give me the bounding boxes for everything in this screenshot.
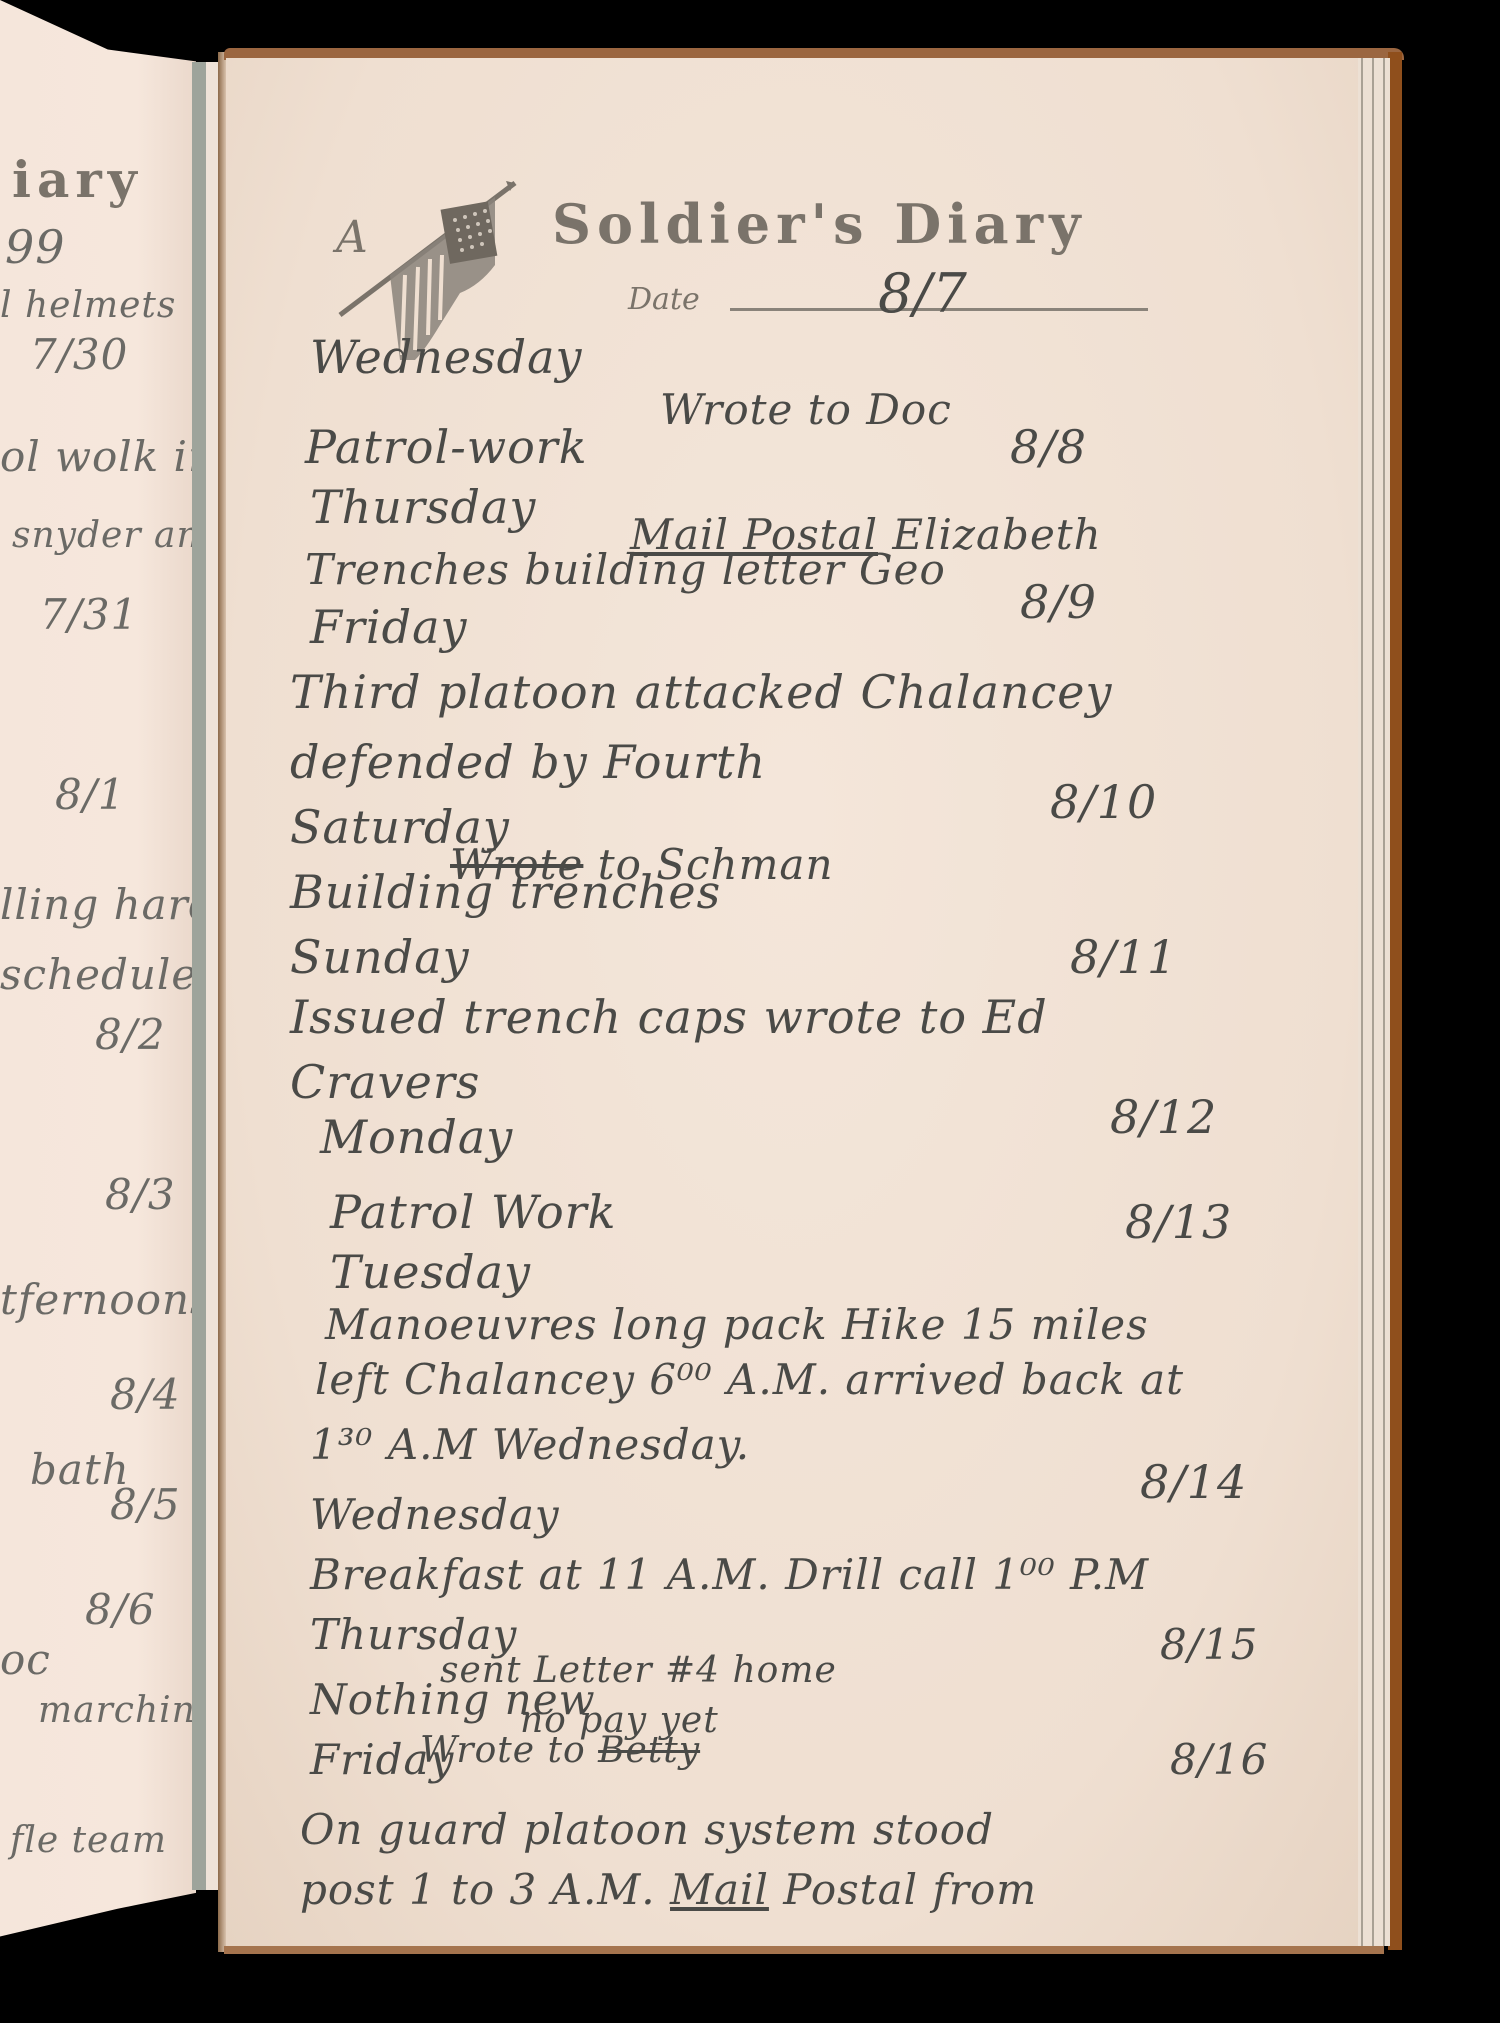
handwritten-line: 8/16 <box>1170 1735 1268 1784</box>
handwritten-line: oc <box>0 1635 51 1684</box>
struck-text: Betty <box>598 1730 700 1771</box>
handwritten-line: 8/2 <box>95 1010 166 1059</box>
handwritten-line: Thursday <box>310 480 536 534</box>
date-label: Date <box>628 282 700 317</box>
handwritten-line: ol wolk in <box>0 432 196 481</box>
left-page-text-layer: iary 99l helmets7/30ol wolk insnyder and… <box>0 0 196 2023</box>
handwritten-line: schedule <box>0 950 196 999</box>
handwritten-line: 8/3 <box>105 1170 176 1219</box>
handwritten-line: 8/10 <box>1050 775 1157 829</box>
handwritten-line: left Chalancey 6⁰⁰ A.M. arrived back at <box>315 1355 1184 1404</box>
handwritten-line: Building trenches <box>290 865 721 919</box>
book-gutter-outer <box>206 62 218 1890</box>
handwritten-line: On guard platoon system stood <box>300 1805 994 1854</box>
cover-right-edge <box>1388 52 1402 1950</box>
handwritten-line: 8/4 <box>110 1370 181 1419</box>
handwritten-line: Trenches building letter Geo <box>305 545 946 594</box>
handwritten-line: 8/11 <box>1070 930 1177 984</box>
handwritten-line: Cravers <box>290 1055 480 1109</box>
handwritten-line: 8/15 <box>1160 1620 1258 1669</box>
handwritten-line: 8/5 <box>110 1480 181 1529</box>
date-value: 8/7 <box>878 262 968 325</box>
handwritten-line: Tuesday <box>330 1245 531 1299</box>
handwritten-line: 8/6 <box>85 1585 156 1634</box>
book-gutter-inner <box>192 62 206 1890</box>
cover-left-edge <box>218 52 226 1952</box>
handwritten-line: l helmets <box>0 285 176 326</box>
handwritten-line: tfernoons <box>0 1275 196 1324</box>
handwritten-line: Monday <box>320 1110 513 1164</box>
handwritten-line: Breakfast at 11 A.M. Drill call 1⁰⁰ P.M <box>310 1550 1149 1599</box>
handwritten-line: 8/14 <box>1140 1455 1247 1509</box>
handwritten-line: defended by Fourth <box>290 735 766 789</box>
handwritten-line: Wrote to Doc <box>660 385 952 434</box>
handwritten-line: Wrote to Betty <box>420 1730 700 1771</box>
handwritten-line: snyder and <box>12 515 196 556</box>
handwritten-line: Patrol-work <box>305 420 588 474</box>
left-page-printed-title: iary <box>12 150 143 209</box>
handwritten-line: 8/8 <box>1010 420 1087 474</box>
handwritten-line: 8/13 <box>1125 1195 1232 1249</box>
handwritten-line: post 1 to 3 A.M. Mail Postal from <box>300 1865 1037 1914</box>
handwritten-line: marching <box>38 1690 196 1731</box>
handwritten-line: fle team <box>10 1820 167 1861</box>
handwritten-line: Wednesday <box>310 1490 560 1539</box>
handwritten-line: 7/30 <box>30 330 128 379</box>
handwritten-line: Issued trench caps wrote to Ed <box>290 990 1048 1044</box>
handwritten-line: lling hard <box>0 880 196 929</box>
handwritten-line: 8/12 <box>1110 1090 1217 1144</box>
handwritten-line: 8/9 <box>1020 575 1097 629</box>
handwritten-line: 1³⁰ A.M Wednesday. <box>310 1420 750 1469</box>
handwritten-line: Manoeuvres long pack Hike 15 miles <box>325 1300 1149 1349</box>
underlined-text: Mail <box>670 1865 769 1914</box>
page-edge-stack <box>1356 58 1390 1946</box>
handwritten-line: 8/1 <box>55 770 126 819</box>
handwritten-line: Patrol Work <box>330 1185 617 1239</box>
cover-bottom-edge <box>224 1946 1384 1954</box>
handwritten-line: Wednesday <box>310 330 583 384</box>
handwritten-line: 7/31 <box>40 590 138 639</box>
diary-title: Soldier's Diary <box>552 192 1087 256</box>
handwritten-line: 99 <box>5 220 66 274</box>
handwritten-line: Friday <box>310 600 467 654</box>
handwritten-line: Sunday <box>290 930 470 984</box>
handwritten-line: Third platoon attacked Chalancey <box>290 665 1113 719</box>
